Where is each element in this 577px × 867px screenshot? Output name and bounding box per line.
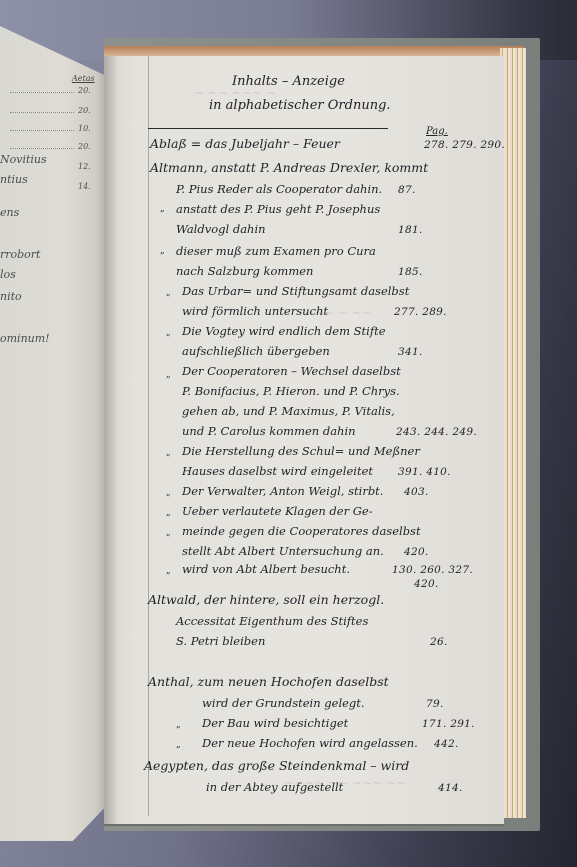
left-number: 20. [78, 106, 91, 115]
index-subline: wird förmlich untersucht [182, 304, 328, 318]
page-column-label: Pag. [426, 126, 448, 137]
left-page: Aetas 20. 20. 10. 20. Novitius 12. ntius… [0, 26, 104, 841]
index-entry-altwald: Altwald, der hintere, soll ein herzogl. [148, 592, 384, 607]
page-ref: 420. [414, 578, 439, 590]
title-underline [148, 128, 388, 129]
page-ref: 420. [404, 546, 429, 558]
index-subline: anstatt des P. Pius geht P. Josephus [176, 202, 380, 216]
leader-dots [10, 148, 74, 149]
index-subline: Waldvogl dahin [176, 222, 266, 236]
page-ref: 414. [438, 782, 463, 794]
page-title-line1: Inhalts – Anzeige [232, 74, 345, 89]
leader-dots [10, 112, 74, 113]
index-subline: Die Vogtey wird endlich dem Stifte [182, 324, 386, 338]
leader-dots [10, 130, 74, 131]
index-subline: in der Abtey aufgestellt [206, 780, 343, 794]
index-subline: Der Bau wird besichtiget [202, 716, 348, 730]
index-subline: Ueber verlautete Klagen der Ge- [182, 504, 373, 518]
index-subline: P. Bonifacius, P. Hieron. und P. Chrys. [182, 384, 400, 398]
index-subline: nach Salzburg kommen [176, 264, 313, 278]
left-fragment: nito [0, 290, 22, 303]
index-subline: Der Cooperatoren – Wechsel daselbst [182, 364, 401, 378]
left-number: 14. [78, 182, 91, 191]
page-ref: 181. [398, 224, 423, 236]
right-page: ~ ~~ ~~~ ~ ~~~ ~ ~~ ~~~~ ~~ ~~~ ~~ Inhal… [104, 56, 504, 826]
left-fragment: ens [0, 206, 19, 219]
left-fragment: ntius [0, 173, 28, 186]
left-fragment: ominum! [0, 332, 50, 345]
ditto-mark: „ [166, 566, 171, 576]
page-ref: 185. [398, 266, 423, 278]
left-number: 12. [78, 162, 91, 171]
left-page-column-header: Aetas [72, 74, 95, 83]
ditto-mark: „ [166, 370, 171, 380]
left-fragment: los [0, 268, 16, 281]
ditto-mark: „ [166, 448, 171, 458]
index-subline: meinde gegen die Cooperatores daselbst [182, 524, 421, 538]
ditto-mark: „ [160, 246, 165, 256]
left-number: 10. [78, 124, 91, 133]
margin-rule [148, 56, 149, 816]
page-ref: 26. [430, 636, 448, 648]
page-title-line2: in alphabetischer Ordnung. [209, 98, 391, 113]
page-ref: 442. [434, 738, 459, 750]
index-entry-altmann: Altmann, anstatt P. Andreas Drexler, kom… [150, 160, 428, 175]
ditto-mark: „ [166, 328, 171, 338]
index-subline: P. Pius Reder als Cooperator dahin. [176, 182, 382, 196]
page-ref: 391. 410. [398, 466, 451, 478]
ditto-mark: „ [176, 720, 181, 730]
page-ref: 87. [398, 184, 416, 196]
page-ref: 79. [426, 698, 444, 710]
index-subline: S. Petri bleiben [176, 634, 265, 648]
ditto-mark: „ [166, 528, 171, 538]
page-ref: 171. 291. [422, 718, 475, 730]
ditto-mark: „ [166, 488, 171, 498]
index-subline: Die Herstellung des Schul= und Meßner [182, 444, 420, 458]
page-ref: 130. 260. 327. [392, 564, 473, 576]
index-subline: aufschließlich übergeben [182, 344, 330, 358]
ditto-mark: „ [176, 740, 181, 750]
index-entry-ablass: Ablaß = das Jubeljahr – Feuer [150, 136, 340, 151]
index-subline: wird der Grundstein gelegt. [202, 696, 365, 710]
ditto-mark: „ [160, 204, 165, 214]
left-number: 20. [78, 142, 91, 151]
page-ref: 341. [398, 346, 423, 358]
index-subline: Der Verwalter, Anton Weigl, stirbt. [182, 484, 383, 498]
index-subline: dieser muß zum Examen pro Cura [176, 244, 376, 258]
index-subline: und P. Carolus kommen dahin [182, 424, 356, 438]
left-fragment: Novitius [0, 153, 47, 166]
page-ref: 278. 279. 290. [424, 139, 505, 151]
index-subline: wird von Abt Albert besucht. [182, 562, 350, 576]
index-entry-anthal: Anthal, zum neuen Hochofen daselbst [148, 674, 389, 689]
index-subline: gehen ab, und P. Maximus, P. Vitalis, [182, 404, 395, 418]
ditto-mark: „ [166, 508, 171, 518]
index-subline: Der neue Hochofen wird angelassen. [202, 736, 418, 750]
index-subline: Das Urbar= und Stiftungsamt daselbst [182, 284, 409, 298]
index-subline: Accessitat Eigenthum des Stiftes [176, 614, 368, 628]
left-number: 20. [78, 86, 91, 95]
left-fragment: rrobort [0, 248, 40, 261]
index-subline: Hauses daselbst wird eingeleitet [182, 464, 373, 478]
index-entry-aegypten: Aegypten, das große Steindenkmal – wird [144, 758, 409, 773]
page-ref: 403. [404, 486, 429, 498]
index-subline: stellt Abt Albert Untersuchung an. [182, 544, 384, 558]
gutter-shadow [104, 56, 118, 824]
page-ref: 277. 289. [394, 306, 447, 318]
page-ref: 243. 244. 249. [396, 426, 477, 438]
ditto-mark: „ [166, 288, 171, 298]
leader-dots [10, 92, 74, 93]
